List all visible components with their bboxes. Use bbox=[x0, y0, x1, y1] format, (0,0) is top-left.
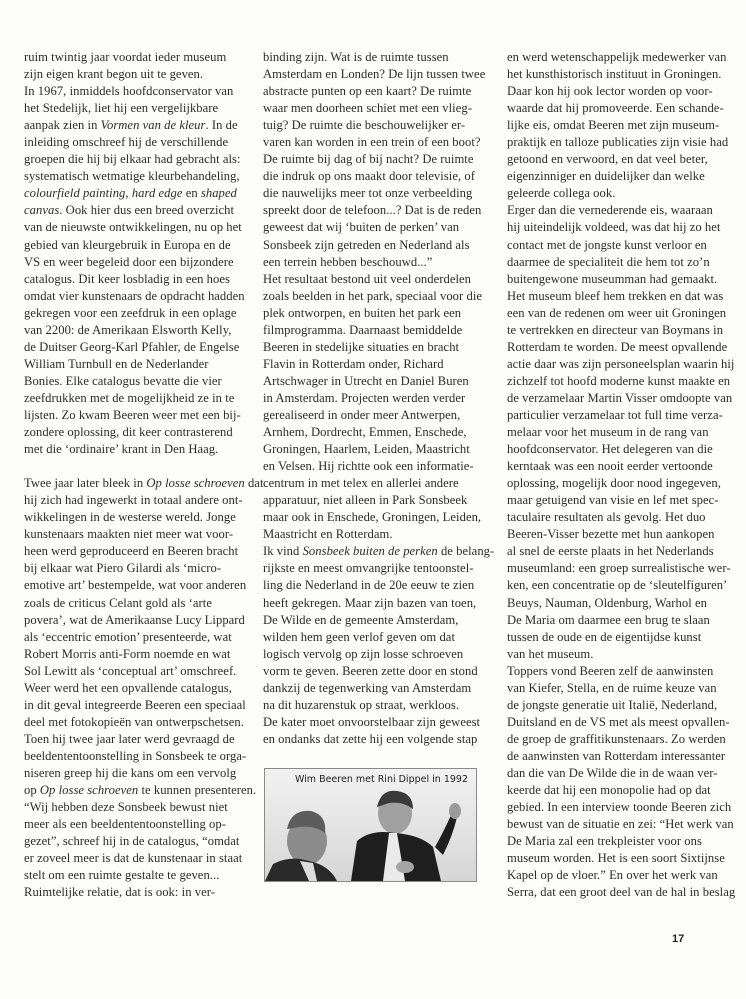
text-line: Het museum bleef hem trekken en dat was bbox=[507, 288, 739, 305]
text-line: ling die Nederland in de 20e eeuw te zie… bbox=[263, 577, 495, 594]
text-line: aanpak zien in Vormen van de kleur. In d… bbox=[24, 117, 256, 134]
text-run: centrum in met telex en allerlei andere bbox=[263, 476, 459, 490]
text-line: die indruk op ons maakt door televisie, … bbox=[263, 168, 495, 185]
text-line: canvas. Ook hier dus een breed overzicht bbox=[24, 202, 256, 219]
italic-title: hard edge bbox=[132, 186, 183, 200]
text-line: systematisch wetmatige kleurbehandeling, bbox=[24, 168, 256, 185]
text-line: daarmee de specialiteit die hem tot zo’n bbox=[507, 254, 739, 271]
text-run: stelt om een ruimte gestalte te geven... bbox=[24, 868, 219, 882]
text-run: Het museum bleef hem trekken en dat was bbox=[507, 289, 723, 303]
text-run: emotive art’ bestempelde, wat voor ander… bbox=[24, 578, 246, 592]
text-run: gekregen voor een zeefdruk in een oplage bbox=[24, 306, 237, 320]
text-run: tussen de oude en de eigentijdse kunst bbox=[507, 630, 701, 644]
text-line: tussen de oude en de eigentijdse kunst bbox=[507, 629, 739, 646]
text-run: dat bbox=[245, 476, 264, 490]
text-line: Ruimtelijke relatie, dat is ook: in ver- bbox=[24, 884, 256, 901]
text-run: groepen die hij bij elkaar had gebracht … bbox=[24, 152, 241, 166]
text-line: de jongste generatie uit Italië, Nederla… bbox=[507, 697, 739, 714]
text-run: dan die van De Wilde die in de waan ver- bbox=[507, 766, 717, 780]
text-line: op Op losse schroeven te kunnen presente… bbox=[24, 782, 256, 799]
text-run: van het museum. bbox=[507, 647, 593, 661]
text-line: Robert Morris anti-Form noemde en wat bbox=[24, 646, 256, 663]
text-run: “Wij hebben deze Sonsbeek bewust niet bbox=[24, 800, 228, 814]
text-line: catalogus. Dit keer losbladig in een hoe… bbox=[24, 271, 256, 288]
text-run: filmprogramma. Daarnaast bemiddelde bbox=[263, 323, 462, 337]
text-line: hij uiteindelijk voldeed, was dat hij zo… bbox=[507, 219, 739, 236]
magazine-page: ruim twintig jaar voordat ieder museumzi… bbox=[0, 0, 746, 999]
text-run: Sol Lewitt als ‘conceptual art’ omschree… bbox=[24, 664, 236, 678]
text-run: zijn eigen krant begon uit te geven. bbox=[24, 67, 203, 81]
text-line: hij zich had ingewerkt in totaal andere … bbox=[24, 492, 256, 509]
text-line: kerntaak was een nooit eerder vertoonde bbox=[507, 458, 739, 475]
text-run: ling die Nederland in de 20e eeuw te zie… bbox=[263, 578, 474, 592]
text-run: zoals beelden in het park, speciaal voor… bbox=[263, 289, 482, 303]
text-line: Erger dan die vernederende eis, waaraan bbox=[507, 202, 739, 219]
text-line: stelt om een ruimte gestalte te geven... bbox=[24, 867, 256, 884]
italic-title: shaped bbox=[201, 186, 237, 200]
text-run: museum worden. Het is een soort Sixtijns… bbox=[507, 851, 725, 865]
text-run: actie daar was zijn personeelsplan waari… bbox=[507, 357, 734, 371]
text-run: de groep de graffitikunstenaars. Zo werd… bbox=[507, 732, 726, 746]
text-run: van Kiefer, Stella, en de ruime keuze va… bbox=[507, 681, 717, 695]
text-line: de verzamelaar Martin Visser omdoopte va… bbox=[507, 390, 739, 407]
text-run: . Ook hier dus een breed overzicht bbox=[59, 203, 234, 217]
text-run: de aanwinsten van Rotterdam interessante… bbox=[507, 749, 725, 763]
text-line: melaar voor het museum in de rang van bbox=[507, 424, 739, 441]
text-line: bij elkaar wat Piero Gilardi als ‘micro- bbox=[24, 560, 256, 577]
text-run: Ik vind bbox=[263, 544, 303, 558]
text-run: zondere oplossing, dit keer contrasteren… bbox=[24, 425, 233, 439]
text-run: Daar kon hij ook lector worden op voor- bbox=[507, 84, 713, 98]
text-run: de Duitser Georg-Karl Pfahler, de Engels… bbox=[24, 340, 239, 354]
text-run: Kapel op de vloer.” En over het werk van bbox=[507, 868, 718, 882]
text-run: Sonsbeek zijn getreden en Nederland als bbox=[263, 238, 470, 252]
text-line: Beuys, Nauman, Oldenburg, Warhol en bbox=[507, 595, 739, 612]
text-run: hij uiteindelijk voldeed, was dat hij zo… bbox=[507, 220, 720, 234]
text-line: zoals de criticus Celant gold als ‘arte bbox=[24, 595, 256, 612]
text-run: De ruimte bij dag of bij nacht? De ruimt… bbox=[263, 152, 473, 166]
text-line: in dit geval integreerde Beeren een spec… bbox=[24, 697, 256, 714]
text-line: de groep de graffitikunstenaars. Zo werd… bbox=[507, 731, 739, 748]
text-line: maar getuigend van visie en lef met spec… bbox=[507, 492, 739, 509]
text-line: gerealiseerd in onder meer Antwerpen, bbox=[263, 407, 495, 424]
text-line: in Amsterdam. Projecten werden verder bbox=[263, 390, 495, 407]
text-column-right: en werd wetenschappelijk medewerker vanh… bbox=[507, 49, 739, 901]
text-run: ken, een concentratie op de ‘sleutelfigu… bbox=[507, 578, 727, 592]
text-run: plek ontworpen, en buiten het park een bbox=[263, 306, 461, 320]
text-run: Groningen, Haarlem, Leiden, Maastricht bbox=[263, 442, 470, 456]
text-run: zeefdrukken met de mogelijkheid ze in te bbox=[24, 391, 234, 405]
text-line: zijn eigen krant begon uit te geven. bbox=[24, 66, 256, 83]
text-run: gebied van kleurgebruik in Europa en de bbox=[24, 238, 231, 252]
text-run: meer als een beeldententoonstelling op- bbox=[24, 817, 226, 831]
text-run: hij zich had ingewerkt in totaal andere … bbox=[24, 493, 243, 507]
text-run: het Stedelijk, liet hij een vergelijkbar… bbox=[24, 101, 218, 115]
text-run: een van de redenen om weer uit Groningen bbox=[507, 306, 726, 320]
text-run: gerealiseerd in onder meer Antwerpen, bbox=[263, 408, 460, 422]
text-run: gebied. In een interview toonde Beeren z… bbox=[507, 800, 731, 814]
text-line: geleerde collega ook. bbox=[507, 185, 739, 202]
text-line: van Kiefer, Stella, en de ruime keuze va… bbox=[507, 680, 739, 697]
text-run: te kunnen presenteren. bbox=[138, 783, 256, 797]
text-run: eigenzinniger en duidelijker dan welke bbox=[507, 169, 705, 183]
text-line: de Duitser Georg-Karl Pfahler, de Engels… bbox=[24, 339, 256, 356]
italic-title: Op losse schroeven bbox=[40, 783, 138, 797]
text-line: waarde dat hij promoveerde. Een schande- bbox=[507, 100, 739, 117]
text-run: in dit geval integreerde Beeren een spec… bbox=[24, 698, 246, 712]
text-run: Toppers vond Beeren zelf de aanwinsten bbox=[507, 664, 713, 678]
text-line: ruim twintig jaar voordat ieder museum bbox=[24, 49, 256, 66]
text-line: plek ontworpen, en buiten het park een bbox=[263, 305, 495, 322]
text-run: rijkste en meest omvangrijke tentoonstel… bbox=[263, 561, 474, 575]
text-run: een terrein hebben beschouwd...” bbox=[263, 255, 432, 269]
text-run: en Velsen. Hij richtte ook een informati… bbox=[263, 459, 474, 473]
text-line: kunstenaars maakten niet meer wat voor- bbox=[24, 526, 256, 543]
text-line: Beeren in stedelijke situaties en bracht bbox=[263, 339, 495, 356]
text-line: als ‘eccentric emotion’ presenteerde, wa… bbox=[24, 629, 256, 646]
text-line: De Maria zal een trekpleister voor ons bbox=[507, 833, 739, 850]
text-run: waarde dat hij promoveerde. Een schande- bbox=[507, 101, 724, 115]
text-line: colourfield painting, hard edge en shape… bbox=[24, 185, 256, 202]
text-run: apparatuur, niet alleen in Park Sonsbeek bbox=[263, 493, 467, 507]
text-line: tuig? De ruimte die beschouwelijker er- bbox=[263, 117, 495, 134]
text-run: taculaire resultaten als gevolg. Het duo bbox=[507, 510, 706, 524]
text-run: getoond en verwoord, en dat veel beter, bbox=[507, 152, 708, 166]
text-line: inleiding omschreef hij de verschillende bbox=[24, 134, 256, 151]
text-run: aanpak zien in bbox=[24, 118, 101, 132]
text-line: lijke eis, omdat Beeren met zijn museum- bbox=[507, 117, 739, 134]
text-run: Rotterdam te worden. De meest opvallende bbox=[507, 340, 727, 354]
text-run: systematisch wetmatige kleurbehandeling, bbox=[24, 169, 240, 183]
text-line: gezet”, schreef hij in de catalogus, “om… bbox=[24, 833, 256, 850]
text-run: museumland: een groep surrealistische we… bbox=[507, 561, 731, 575]
text-run: kerntaak was een nooit eerder vertoonde bbox=[507, 459, 713, 473]
text-line: lijsten. Zo kwam Beeren weer met een bij… bbox=[24, 407, 256, 424]
text-run: ruim twintig jaar voordat ieder museum bbox=[24, 50, 226, 64]
text-line: en ondanks dat zette hij een volgende st… bbox=[263, 731, 495, 748]
text-line: het kunsthistorisch instituut in Groning… bbox=[507, 66, 739, 83]
text-run: Amsterdam en Londen? De lijn tussen twee bbox=[263, 67, 485, 81]
text-line: “Wij hebben deze Sonsbeek bewust niet bbox=[24, 799, 256, 816]
text-run: al snel de eerste plaats in het Nederlan… bbox=[507, 544, 714, 558]
text-run: tuig? De ruimte die beschouwelijker er- bbox=[263, 118, 465, 132]
text-run: William Turnbull en de Nederlander bbox=[24, 357, 208, 371]
text-run: spreekt door de telefoon...? Dat is de r… bbox=[263, 203, 481, 217]
text-run: van de nieuwste ontwikkelingen, nu op he… bbox=[24, 220, 242, 234]
text-line: buitengewone museumman had gemaakt. bbox=[507, 271, 739, 288]
text-run: Robert Morris anti-Form noemde en wat bbox=[24, 647, 230, 661]
text-line: beeldententoonstelling in Sonsbeek te or… bbox=[24, 748, 256, 765]
text-run: en bbox=[183, 186, 201, 200]
text-run: Beuys, Nauman, Oldenburg, Warhol en bbox=[507, 596, 707, 610]
text-run: van 2200: de Amerikaan Elsworth Kelly, bbox=[24, 323, 231, 337]
text-run: die nauwelijks meer tot onze verbeelding bbox=[263, 186, 472, 200]
text-line: Flavin in Rotterdam onder, Richard bbox=[263, 356, 495, 373]
text-run: de belang- bbox=[438, 544, 495, 558]
text-run: wikkelingen in de westerse wereld. Jonge bbox=[24, 510, 236, 524]
italic-title: Op losse schroeven bbox=[146, 476, 244, 490]
text-run: Serra, dat een groot deel van de hal in … bbox=[507, 885, 735, 899]
text-run: Het resultaat bestond uit veel onderdele… bbox=[263, 272, 471, 286]
text-line: VS en weer begeleid door een bijzondere bbox=[24, 254, 256, 271]
text-line: museumland: een groep surrealistische we… bbox=[507, 560, 739, 577]
text-line: actie daar was zijn personeelsplan waari… bbox=[507, 356, 739, 373]
text-line: centrum in met telex en allerlei andere bbox=[263, 475, 495, 492]
text-line: logisch vervolg op zijn losse schroeven bbox=[263, 646, 495, 663]
italic-title: canvas bbox=[24, 203, 59, 217]
text-line: van het museum. bbox=[507, 646, 739, 663]
text-run: hoofdconservator. Het delegeren van die bbox=[507, 442, 713, 456]
text-line: eigenzinniger en duidelijker dan welke bbox=[507, 168, 739, 185]
text-line: zoals beelden in het park, speciaal voor… bbox=[263, 288, 495, 305]
page-number: 17 bbox=[672, 933, 684, 945]
text-line: Serra, dat een groot deel van de hal in … bbox=[507, 884, 739, 901]
text-run: Beeren in stedelijke situaties en bracht bbox=[263, 340, 459, 354]
text-line: maar ook in Enschede, Groningen, Leiden, bbox=[263, 509, 495, 526]
text-run: de jongste generatie uit Italië, Nederla… bbox=[507, 698, 717, 712]
text-line: De ruimte bij dag of bij nacht? De ruimt… bbox=[263, 151, 495, 168]
text-line: dankzij de tegenwerking van Amsterdam bbox=[263, 680, 495, 697]
text-line: taculaire resultaten als gevolg. Het duo bbox=[507, 509, 739, 526]
text-line: Sonsbeek zijn getreden en Nederland als bbox=[263, 237, 495, 254]
text-line: het Stedelijk, liet hij een vergelijkbar… bbox=[24, 100, 256, 117]
text-run: particulier verzamelaar tot full time ve… bbox=[507, 408, 723, 422]
text-line: praktijk en talloze publicaties zijn vis… bbox=[507, 134, 739, 151]
text-line: abstracte punten op een kaart? De ruimte bbox=[263, 83, 495, 100]
text-run: Arnhem, Dordrecht, Emmen, Enschede, bbox=[263, 425, 467, 439]
text-line: gebied. In een interview toonde Beeren z… bbox=[507, 799, 739, 816]
text-run: waar men doorheen schiet met een vlieg- bbox=[263, 101, 472, 115]
text-run: Duitsland en de VS met als meest opvalle… bbox=[507, 715, 730, 729]
text-line: hoofdconservator. Het delegeren van die bbox=[507, 441, 739, 458]
text-line: contact met de jongste kunst verloor en bbox=[507, 237, 739, 254]
text-line: Amsterdam en Londen? De lijn tussen twee bbox=[263, 66, 495, 83]
text-line: zichzelf tot hoofd moderne kunst maakte … bbox=[507, 373, 739, 390]
text-run: het kunsthistorisch instituut in Groning… bbox=[507, 67, 722, 81]
text-line: en Velsen. Hij richtte ook een informati… bbox=[263, 458, 495, 475]
text-run: heeft gekregen. Maar zijn bazen van toen… bbox=[263, 596, 476, 610]
text-line: varen kan worden in een trein of een boo… bbox=[263, 134, 495, 151]
text-run: in Amsterdam. Projecten werden verder bbox=[263, 391, 465, 405]
text-run: Toen hij twee jaar later werd gevraagd d… bbox=[24, 732, 235, 746]
text-line: een terrein hebben beschouwd...” bbox=[263, 254, 495, 271]
text-run: Erger dan die vernederende eis, waaraan bbox=[507, 203, 713, 217]
photo-caption: Wim Beeren met Rini Dippel in 1992 bbox=[295, 774, 468, 785]
text-run: heen werd geproduceerd en Beeren bracht bbox=[24, 544, 238, 558]
text-line: en werd wetenschappelijk medewerker van bbox=[507, 49, 739, 66]
text-run: lijsten. Zo kwam Beeren weer met een bij… bbox=[24, 408, 241, 422]
text-run: daarmee de specialiteit die hem tot zo’n bbox=[507, 255, 710, 269]
text-line: niseren greep hij die kans om een vervol… bbox=[24, 765, 256, 782]
text-line: Groningen, Haarlem, Leiden, Maastricht bbox=[263, 441, 495, 458]
text-run: inleiding omschreef hij de verschillende bbox=[24, 135, 228, 149]
text-line: oplossing, mogelijk door nood ingegeven, bbox=[507, 475, 739, 492]
text-line: de aanwinsten van Rotterdam interessante… bbox=[507, 748, 739, 765]
text-run: geweest dat wij ‘buiten de perken’ van bbox=[263, 220, 459, 234]
text-run: bij elkaar wat Piero Gilardi als ‘micro- bbox=[24, 561, 221, 575]
text-line: De Wilde en de gemeente Amsterdam, bbox=[263, 612, 495, 629]
text-run: Artschwager in Utrecht en Daniel Buren bbox=[263, 374, 469, 388]
text-run: Maastricht en Rotterdam. bbox=[263, 527, 393, 541]
text-run: abstracte punten op een kaart? De ruimte bbox=[263, 84, 471, 98]
text-line: met die ‘ordinaire’ krant in Den Haag. bbox=[24, 441, 256, 458]
text-line: Duitsland en de VS met als meest opvalle… bbox=[507, 714, 739, 731]
text-line: Weer werd het een opvallende catalogus, bbox=[24, 680, 256, 697]
text-run: oplossing, mogelijk door nood ingegeven, bbox=[507, 476, 721, 490]
text-line: Ik vind Sonsbeek buiten de perken de bel… bbox=[263, 543, 495, 560]
text-run: wilden hem geen verlof geven om dat bbox=[263, 630, 455, 644]
text-line: emotive art’ bestempelde, wat voor ander… bbox=[24, 577, 256, 594]
text-line: Rotterdam te worden. De meest opvallende bbox=[507, 339, 739, 356]
text-line: rijkste en meest omvangrijke tentoonstel… bbox=[263, 560, 495, 577]
text-line: dan die van De Wilde die in de waan ver- bbox=[507, 765, 739, 782]
text-line: bewust van de situatie en zei: “Het werk… bbox=[507, 816, 739, 833]
text-run: De Maria om daarmee een brug te slaan bbox=[507, 613, 710, 627]
text-line: geweest dat wij ‘buiten de perken’ van bbox=[263, 219, 495, 236]
text-line: filmprogramma. Daarnaast bemiddelde bbox=[263, 322, 495, 339]
text-run: met die ‘ordinaire’ krant in Den Haag. bbox=[24, 442, 218, 456]
text-line: getoond en verwoord, en dat veel beter, bbox=[507, 151, 739, 168]
text-line: wikkelingen in de westerse wereld. Jonge bbox=[24, 509, 256, 526]
text-line: Artschwager in Utrecht en Daniel Buren bbox=[263, 373, 495, 390]
text-run: gezet”, schreef hij in de catalogus, “om… bbox=[24, 834, 239, 848]
text-line: Beeren-Visser bezette met hun aankopen bbox=[507, 526, 739, 543]
text-line: waar men doorheen schiet met een vlieg- bbox=[263, 100, 495, 117]
italic-title: Vormen van de kleur bbox=[101, 118, 206, 132]
text-line: een van de redenen om weer uit Groningen bbox=[507, 305, 739, 322]
text-run: Flavin in Rotterdam onder, Richard bbox=[263, 357, 444, 371]
text-line: Toppers vond Beeren zelf de aanwinsten bbox=[507, 663, 739, 680]
text-line: gebied van kleurgebruik in Europa en de bbox=[24, 237, 256, 254]
photo-image bbox=[265, 769, 476, 881]
text-run: . In de bbox=[205, 118, 237, 132]
text-column-left: ruim twintig jaar voordat ieder museumzi… bbox=[24, 49, 256, 901]
text-run: praktijk en talloze publicaties zijn vis… bbox=[507, 135, 728, 149]
photo-figure: Wim Beeren met Rini Dippel in 1992 bbox=[264, 768, 477, 882]
text-run: De Wilde en de gemeente Amsterdam, bbox=[263, 613, 458, 627]
text-run: de verzamelaar Martin Visser omdoopte va… bbox=[507, 391, 732, 405]
text-run: De Maria zal een trekpleister voor ons bbox=[507, 834, 702, 848]
text-line: binding zijn. Wat is de ruimte tussen bbox=[263, 49, 495, 66]
text-run: contact met de jongste kunst verloor en bbox=[507, 238, 707, 252]
text-line: keerde dat hij een monopolie had op dat bbox=[507, 782, 739, 799]
text-line: die nauwelijks meer tot onze verbeelding bbox=[263, 185, 495, 202]
text-line: Daar kon hij ook lector worden op voor- bbox=[507, 83, 739, 100]
text-line: al snel de eerste plaats in het Nederlan… bbox=[507, 543, 739, 560]
text-run: die indruk op ons maakt door televisie, … bbox=[263, 169, 475, 183]
text-line: Maastricht en Rotterdam. bbox=[263, 526, 495, 543]
paragraph-gap bbox=[24, 458, 256, 475]
text-run: geleerde collega ook. bbox=[507, 186, 615, 200]
text-line: groepen die hij bij elkaar had gebracht … bbox=[24, 151, 256, 168]
text-run: maar getuigend van visie en lef met spec… bbox=[507, 493, 719, 507]
text-run: beeldententoonstelling in Sonsbeek te or… bbox=[24, 749, 246, 763]
text-run: lijke eis, omdat Beeren met zijn museum- bbox=[507, 118, 719, 132]
text-line: apparatuur, niet alleen in Park Sonsbeek bbox=[263, 492, 495, 509]
text-line: De Maria om daarmee een brug te slaan bbox=[507, 612, 739, 629]
text-run: maar ook in Enschede, Groningen, Leiden, bbox=[263, 510, 481, 524]
text-run: niseren greep hij die kans om een vervol… bbox=[24, 766, 236, 780]
text-run: dankzij de tegenwerking van Amsterdam bbox=[263, 681, 471, 695]
text-run: en werd wetenschappelijk medewerker van bbox=[507, 50, 726, 64]
text-line: William Turnbull en de Nederlander bbox=[24, 356, 256, 373]
text-line: Sol Lewitt als ‘conceptual art’ omschree… bbox=[24, 663, 256, 680]
text-run: kunstenaars maakten niet meer wat voor- bbox=[24, 527, 233, 541]
text-line: museum worden. Het is een soort Sixtijns… bbox=[507, 850, 739, 867]
text-line: De kater moet onvoorstelbaar zijn gewees… bbox=[263, 714, 495, 731]
text-run: vorm te geven. Beeren zette door en ston… bbox=[263, 664, 478, 678]
text-line: particulier verzamelaar tot full time ve… bbox=[507, 407, 739, 424]
text-run: varen kan worden in een trein of een boo… bbox=[263, 135, 481, 149]
text-run: en ondanks dat zette hij een volgende st… bbox=[263, 732, 477, 746]
text-run: Weer werd het een opvallende catalogus, bbox=[24, 681, 232, 695]
text-line: meer als een beeldententoonstelling op- bbox=[24, 816, 256, 833]
text-run: Twee jaar later bleek in bbox=[24, 476, 146, 490]
text-line: wilden hem geen verlof geven om dat bbox=[263, 629, 495, 646]
text-run: melaar voor het museum in de rang van bbox=[507, 425, 709, 439]
text-line: Het resultaat bestond uit veel onderdele… bbox=[263, 271, 495, 288]
text-line: heen werd geproduceerd en Beeren bracht bbox=[24, 543, 256, 560]
text-run: catalogus. Dit keer losbladig in een hoe… bbox=[24, 272, 230, 286]
text-line: na dit huzarenstuk op straat, werkloos. bbox=[263, 697, 495, 714]
text-run: buitengewone museumman had gemaakt. bbox=[507, 272, 717, 286]
text-line: er zoveel meer is dat de kunstenaar in s… bbox=[24, 850, 256, 867]
text-line: In 1967, inmiddels hoofdconservator van bbox=[24, 83, 256, 100]
text-run: als ‘eccentric emotion’ presenteerde, wa… bbox=[24, 630, 232, 644]
italic-title: colourfield painting bbox=[24, 186, 125, 200]
text-line: zeefdrukken met de mogelijkheid ze in te bbox=[24, 390, 256, 407]
text-run: logisch vervolg op zijn losse schroeven bbox=[263, 647, 463, 661]
text-run: povera’, wat de Amerikaanse Lucy Lippard bbox=[24, 613, 245, 627]
text-run: Bonies. Elke catalogus bevatte die vier bbox=[24, 374, 222, 388]
text-line: van de nieuwste ontwikkelingen, nu op he… bbox=[24, 219, 256, 236]
text-run: Ruimtelijke relatie, dat is ook: in ver- bbox=[24, 885, 215, 899]
text-line: Arnhem, Dordrecht, Emmen, Enschede, bbox=[263, 424, 495, 441]
text-line: spreekt door de telefoon...? Dat is de r… bbox=[263, 202, 495, 219]
text-line: ken, een concentratie op de ‘sleutelfigu… bbox=[507, 577, 739, 594]
text-line: omdat vier kunstenaars de opdracht hadde… bbox=[24, 288, 256, 305]
text-run: De kater moet onvoorstelbaar zijn gewees… bbox=[263, 715, 480, 729]
text-line: Bonies. Elke catalogus bevatte die vier bbox=[24, 373, 256, 390]
text-run: na dit huzarenstuk op straat, werkloos. bbox=[263, 698, 459, 712]
text-run: omdat vier kunstenaars de opdracht hadde… bbox=[24, 289, 245, 303]
text-line: vorm te geven. Beeren zette door en ston… bbox=[263, 663, 495, 680]
text-line: gekregen voor een zeefdruk in een oplage bbox=[24, 305, 256, 322]
text-run: VS en weer begeleid door een bijzondere bbox=[24, 255, 234, 269]
text-run: binding zijn. Wat is de ruimte tussen bbox=[263, 50, 449, 64]
text-run: zoals de criticus Celant gold als ‘arte bbox=[24, 596, 212, 610]
text-run: bewust van de situatie en zei: “Het werk… bbox=[507, 817, 734, 831]
text-line: te vertrekken en directeur van Boymans i… bbox=[507, 322, 739, 339]
text-run: keerde dat hij een monopolie had op dat bbox=[507, 783, 711, 797]
text-line: Kapel op de vloer.” En over het werk van bbox=[507, 867, 739, 884]
text-line: Twee jaar later bleek in Op losse schroe… bbox=[24, 475, 256, 492]
text-column-middle: binding zijn. Wat is de ruimte tussenAms… bbox=[263, 49, 495, 748]
text-run: Beeren-Visser bezette met hun aankopen bbox=[507, 527, 714, 541]
text-run: te vertrekken en directeur van Boymans i… bbox=[507, 323, 723, 337]
text-run: In 1967, inmiddels hoofdconservator van bbox=[24, 84, 233, 98]
text-line: van 2200: de Amerikaan Elsworth Kelly, bbox=[24, 322, 256, 339]
italic-title: Sonsbeek buiten de perken bbox=[303, 544, 438, 558]
text-line: zondere oplossing, dit keer contrasteren… bbox=[24, 424, 256, 441]
text-run: zichzelf tot hoofd moderne kunst maakte … bbox=[507, 374, 730, 388]
text-line: povera’, wat de Amerikaanse Lucy Lippard bbox=[24, 612, 256, 629]
text-line: Toen hij twee jaar later werd gevraagd d… bbox=[24, 731, 256, 748]
text-line: deel met fotokopieën van ontwerpschetsen… bbox=[24, 714, 256, 731]
text-run: er zoveel meer is dat de kunstenaar in s… bbox=[24, 851, 242, 865]
text-line: heeft gekregen. Maar zijn bazen van toen… bbox=[263, 595, 495, 612]
text-run: op bbox=[24, 783, 40, 797]
